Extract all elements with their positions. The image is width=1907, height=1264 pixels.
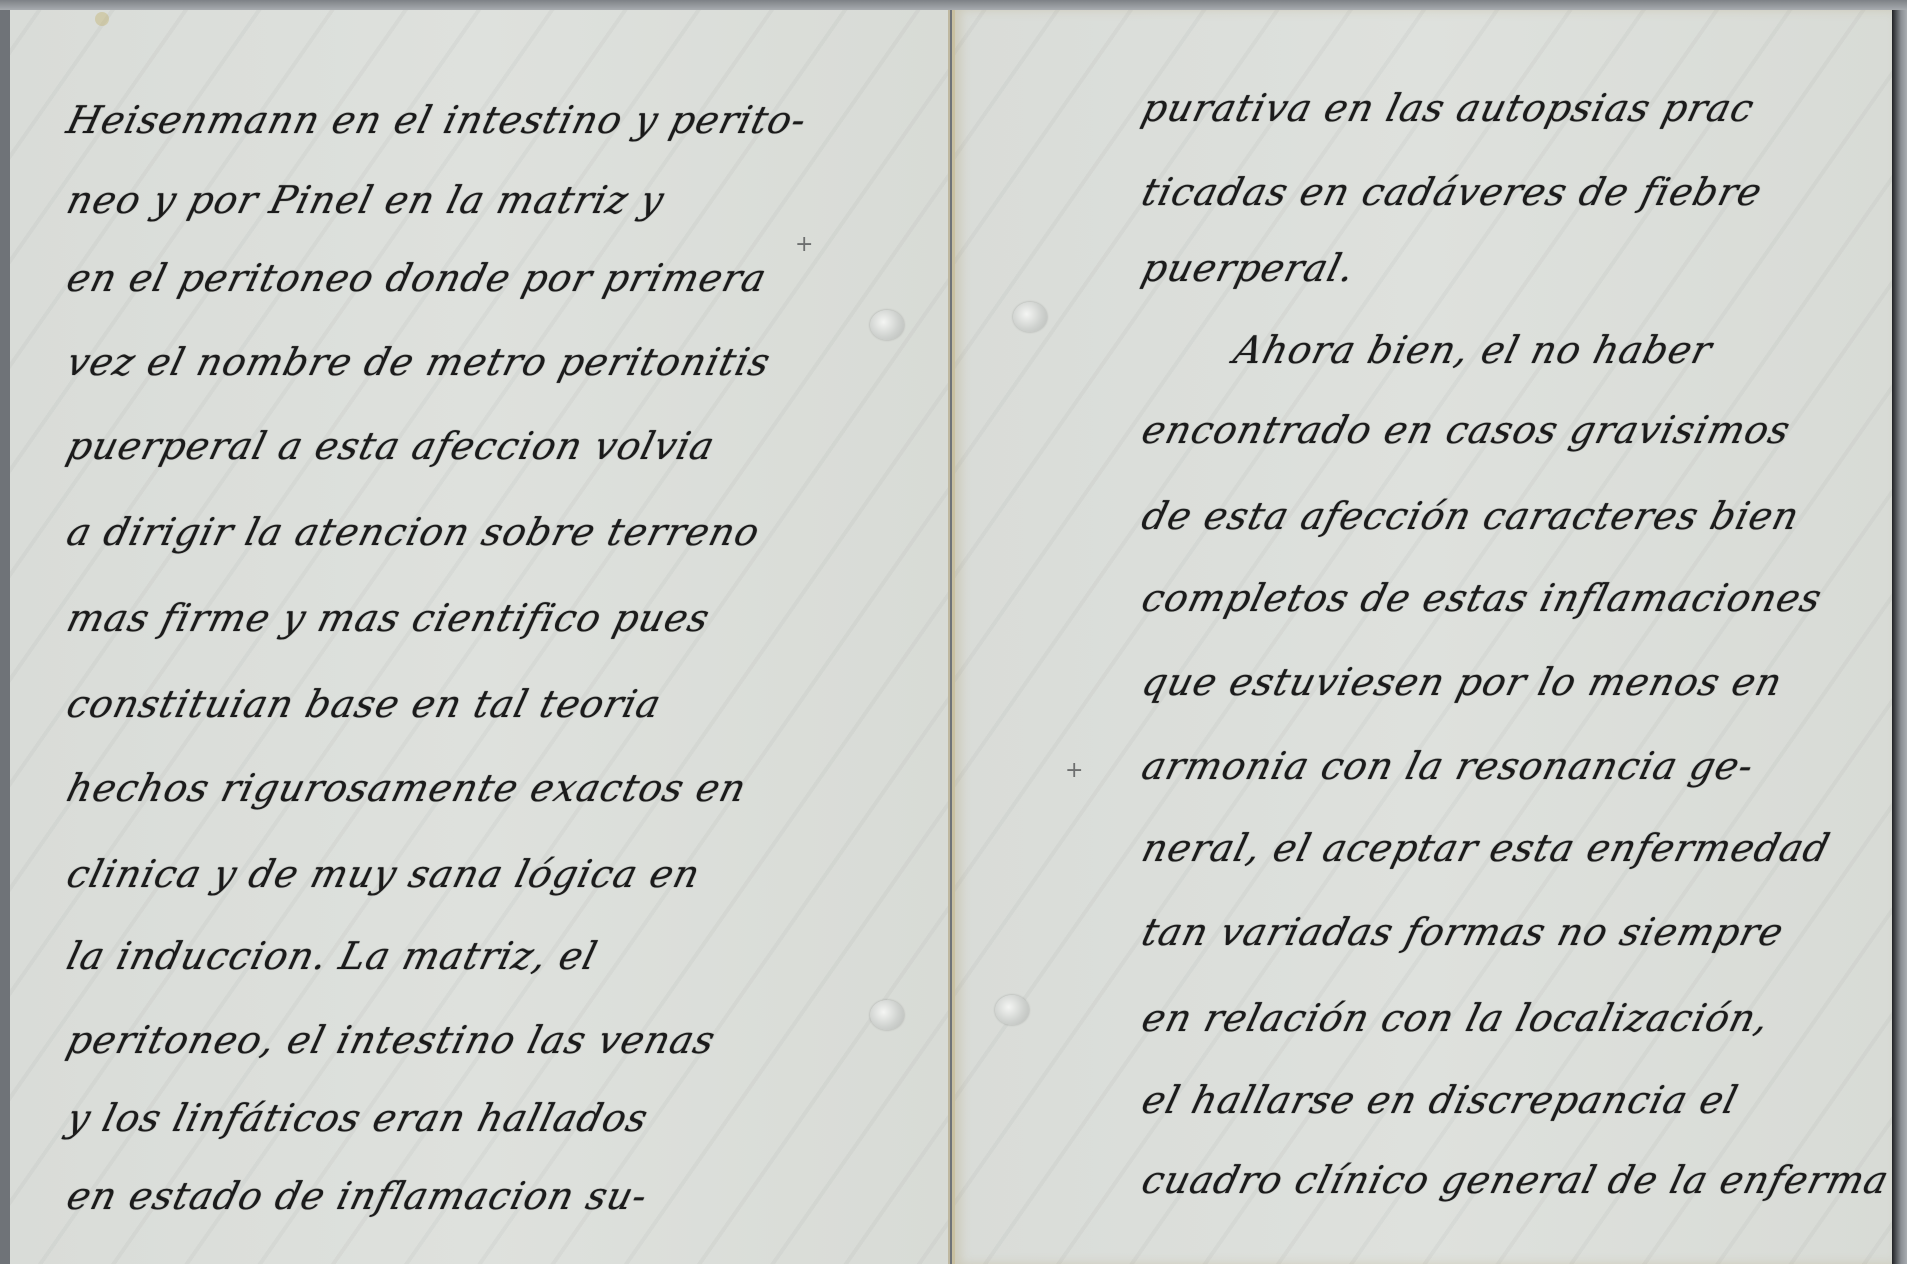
- text-line: puerperal.: [1138, 246, 1360, 290]
- text-line: la induccion. La matriz, el: [63, 934, 603, 978]
- left-page-text: Heisenmann en el intestino y perito- neo…: [10, 10, 948, 1264]
- text-line: ticadas en cadáveres de fiebre: [1138, 170, 1768, 214]
- scanner-right-edge: [1892, 10, 1907, 1264]
- margin-cross-mark: +: [1065, 758, 1083, 783]
- text-line: constituian base en tal teoria: [63, 682, 667, 726]
- margin-cross-mark: +: [795, 232, 813, 257]
- right-page: purativa en las autopsias prac ticadas e…: [952, 10, 1892, 1264]
- text-line: armonia con la resonancia ge-: [1138, 744, 1759, 788]
- text-line: y los linfáticos eran hallados: [63, 1096, 653, 1140]
- text-line: encontrado en casos gravisimos: [1138, 408, 1796, 452]
- text-line: en relación con la localización,: [1138, 996, 1775, 1040]
- scanner-top-edge: [0, 0, 1907, 10]
- text-line: vez el nombre de metro peritonitis: [63, 340, 776, 384]
- punch-hole: [995, 995, 1029, 1025]
- punch-hole: [870, 310, 904, 340]
- text-line: mas firme y mas cientifico pues: [63, 596, 715, 640]
- text-line: neo y por Pinel en la matriz y: [63, 178, 670, 222]
- punch-hole: [1013, 302, 1047, 332]
- text-line: en estado de inflamacion su-: [63, 1174, 653, 1218]
- punch-hole: [870, 1000, 904, 1030]
- text-line: Ahora bien, el no haber: [1230, 328, 1718, 372]
- text-line: el hallarse en discrepancia el: [1138, 1078, 1743, 1122]
- text-line: completos de estas inflamaciones: [1138, 576, 1827, 620]
- text-line: tan variadas formas no siempre: [1138, 910, 1789, 954]
- text-line: de esta afección caracteres bien: [1138, 494, 1805, 538]
- text-line: que estuviesen por lo menos en: [1138, 660, 1788, 704]
- text-line: en el peritoneo donde por primera: [63, 256, 772, 300]
- left-page: Heisenmann en el intestino y perito- neo…: [10, 10, 950, 1264]
- text-line: hechos rigurosamente exactos en: [63, 766, 752, 810]
- text-line: a dirigir la atencion sobre terreno: [63, 510, 765, 554]
- text-line: puerperal a esta afeccion volvia: [63, 424, 720, 468]
- text-line: cuadro clínico general de la enferma: [1138, 1158, 1894, 1202]
- right-page-text: purativa en las autopsias prac ticadas e…: [955, 10, 1892, 1264]
- text-line: Heisenmann en el intestino y perito-: [63, 98, 812, 142]
- text-line: neral, el aceptar esta enfermedad: [1138, 826, 1835, 870]
- text-line: purativa en las autopsias prac: [1138, 86, 1760, 130]
- text-line: clinica y de muy sana lógica en: [63, 852, 706, 896]
- text-line: peritoneo, el intestino las venas: [63, 1018, 721, 1062]
- paper-stain: [95, 12, 109, 26]
